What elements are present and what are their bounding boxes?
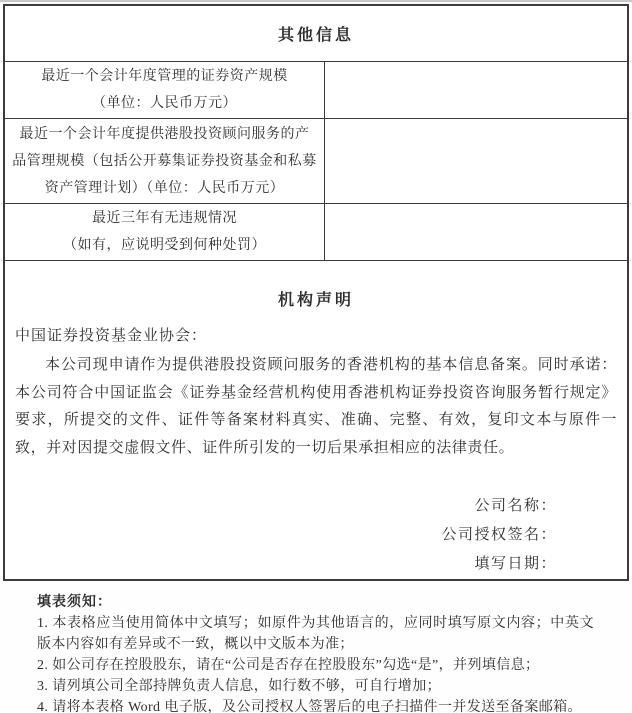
label-line: 资产管理计划）（单位：人民币万元）	[45, 175, 285, 202]
declaration-title: 机构声明	[15, 287, 617, 310]
row-product-scale-label: 最近一个会计年度提供港股投资顾问服务的产 品管理规模（包括公开募集证券投资基金和…	[5, 119, 325, 203]
table-row: 最近一个会计年度提供港股投资顾问服务的产 品管理规模（包括公开募集证券投资基金和…	[5, 119, 627, 204]
label-line: 最近三年有无违规情况	[92, 205, 237, 232]
declaration-body: 本公司现申请作为提供港股投资顾问服务的香港机构的基本信息备案。同时承诺：本公司符…	[15, 352, 617, 462]
product-scale-input-cell[interactable]	[325, 119, 627, 203]
fill-date-field[interactable]: 填写日期：	[15, 550, 557, 579]
violations-input-cell[interactable]	[325, 204, 627, 260]
label-line: （如有，应说明受到何种处罚）	[63, 232, 266, 259]
instruction-item: 1. 本表格应当使用简体中文填写；如原件为其他语言的，应同时填写原文内容；中英文…	[37, 613, 594, 655]
instructions-title: 填表须知：	[37, 592, 594, 613]
instruction-item: 3. 请列填公司全部持牌负责人信息，如行数不够，可自行增加；	[37, 676, 594, 697]
table-row: 最近一个会计年度管理的证券资产规模 （单位：人民币万元）	[5, 62, 627, 120]
declaration-salutation: 中国证券投资基金业协会：	[15, 324, 617, 345]
table-title: 其他信息	[5, 6, 627, 62]
signature-block: 公司名称： 公司授权签名： 填写日期：	[15, 492, 617, 579]
instruction-item: 4. 请将本表格 Word 电子版，及公司授权人签署后的电子扫描件一并发送至备案…	[37, 697, 594, 713]
form-document-page: 其他信息 最近一个会计年度管理的证券资产规模 （单位：人民币万元） 最近一个会计…	[0, 0, 632, 713]
filling-instructions: 填表须知： 1. 本表格应当使用简体中文填写；如原件为其他语言的，应同时填写原文…	[37, 592, 594, 713]
company-name-field[interactable]: 公司名称：	[15, 492, 557, 521]
other-info-table: 其他信息 最近一个会计年度管理的证券资产规模 （单位：人民币万元） 最近一个会计…	[3, 4, 629, 581]
instruction-item: 2. 如公司存在控股股东，请在“公司是否存在控股股东”勾选“是”，并列填信息；	[37, 655, 594, 676]
institution-declaration-cell: 机构声明 中国证券投资基金业协会： 本公司现申请作为提供港股投资顾问服务的香港机…	[5, 261, 627, 579]
scan-edge-artifact	[0, 0, 632, 2]
label-line: （单位：人民币万元）	[92, 90, 237, 117]
asset-scale-input-cell[interactable]	[325, 62, 627, 119]
label-line: 最近一个会计年度提供港股投资顾问服务的产	[20, 121, 310, 148]
table-row: 最近三年有无违规情况 （如有，应说明受到何种处罚）	[5, 204, 627, 261]
row-violations-label: 最近三年有无违规情况 （如有，应说明受到何种处罚）	[5, 204, 325, 260]
authorized-signature-field[interactable]: 公司授权签名：	[15, 521, 557, 550]
row-asset-scale-label: 最近一个会计年度管理的证券资产规模 （单位：人民币万元）	[5, 62, 325, 119]
label-line: 最近一个会计年度管理的证券资产规模	[41, 63, 288, 90]
label-line: 品管理规模（包括公开募集证券投资基金和私募	[12, 148, 317, 175]
